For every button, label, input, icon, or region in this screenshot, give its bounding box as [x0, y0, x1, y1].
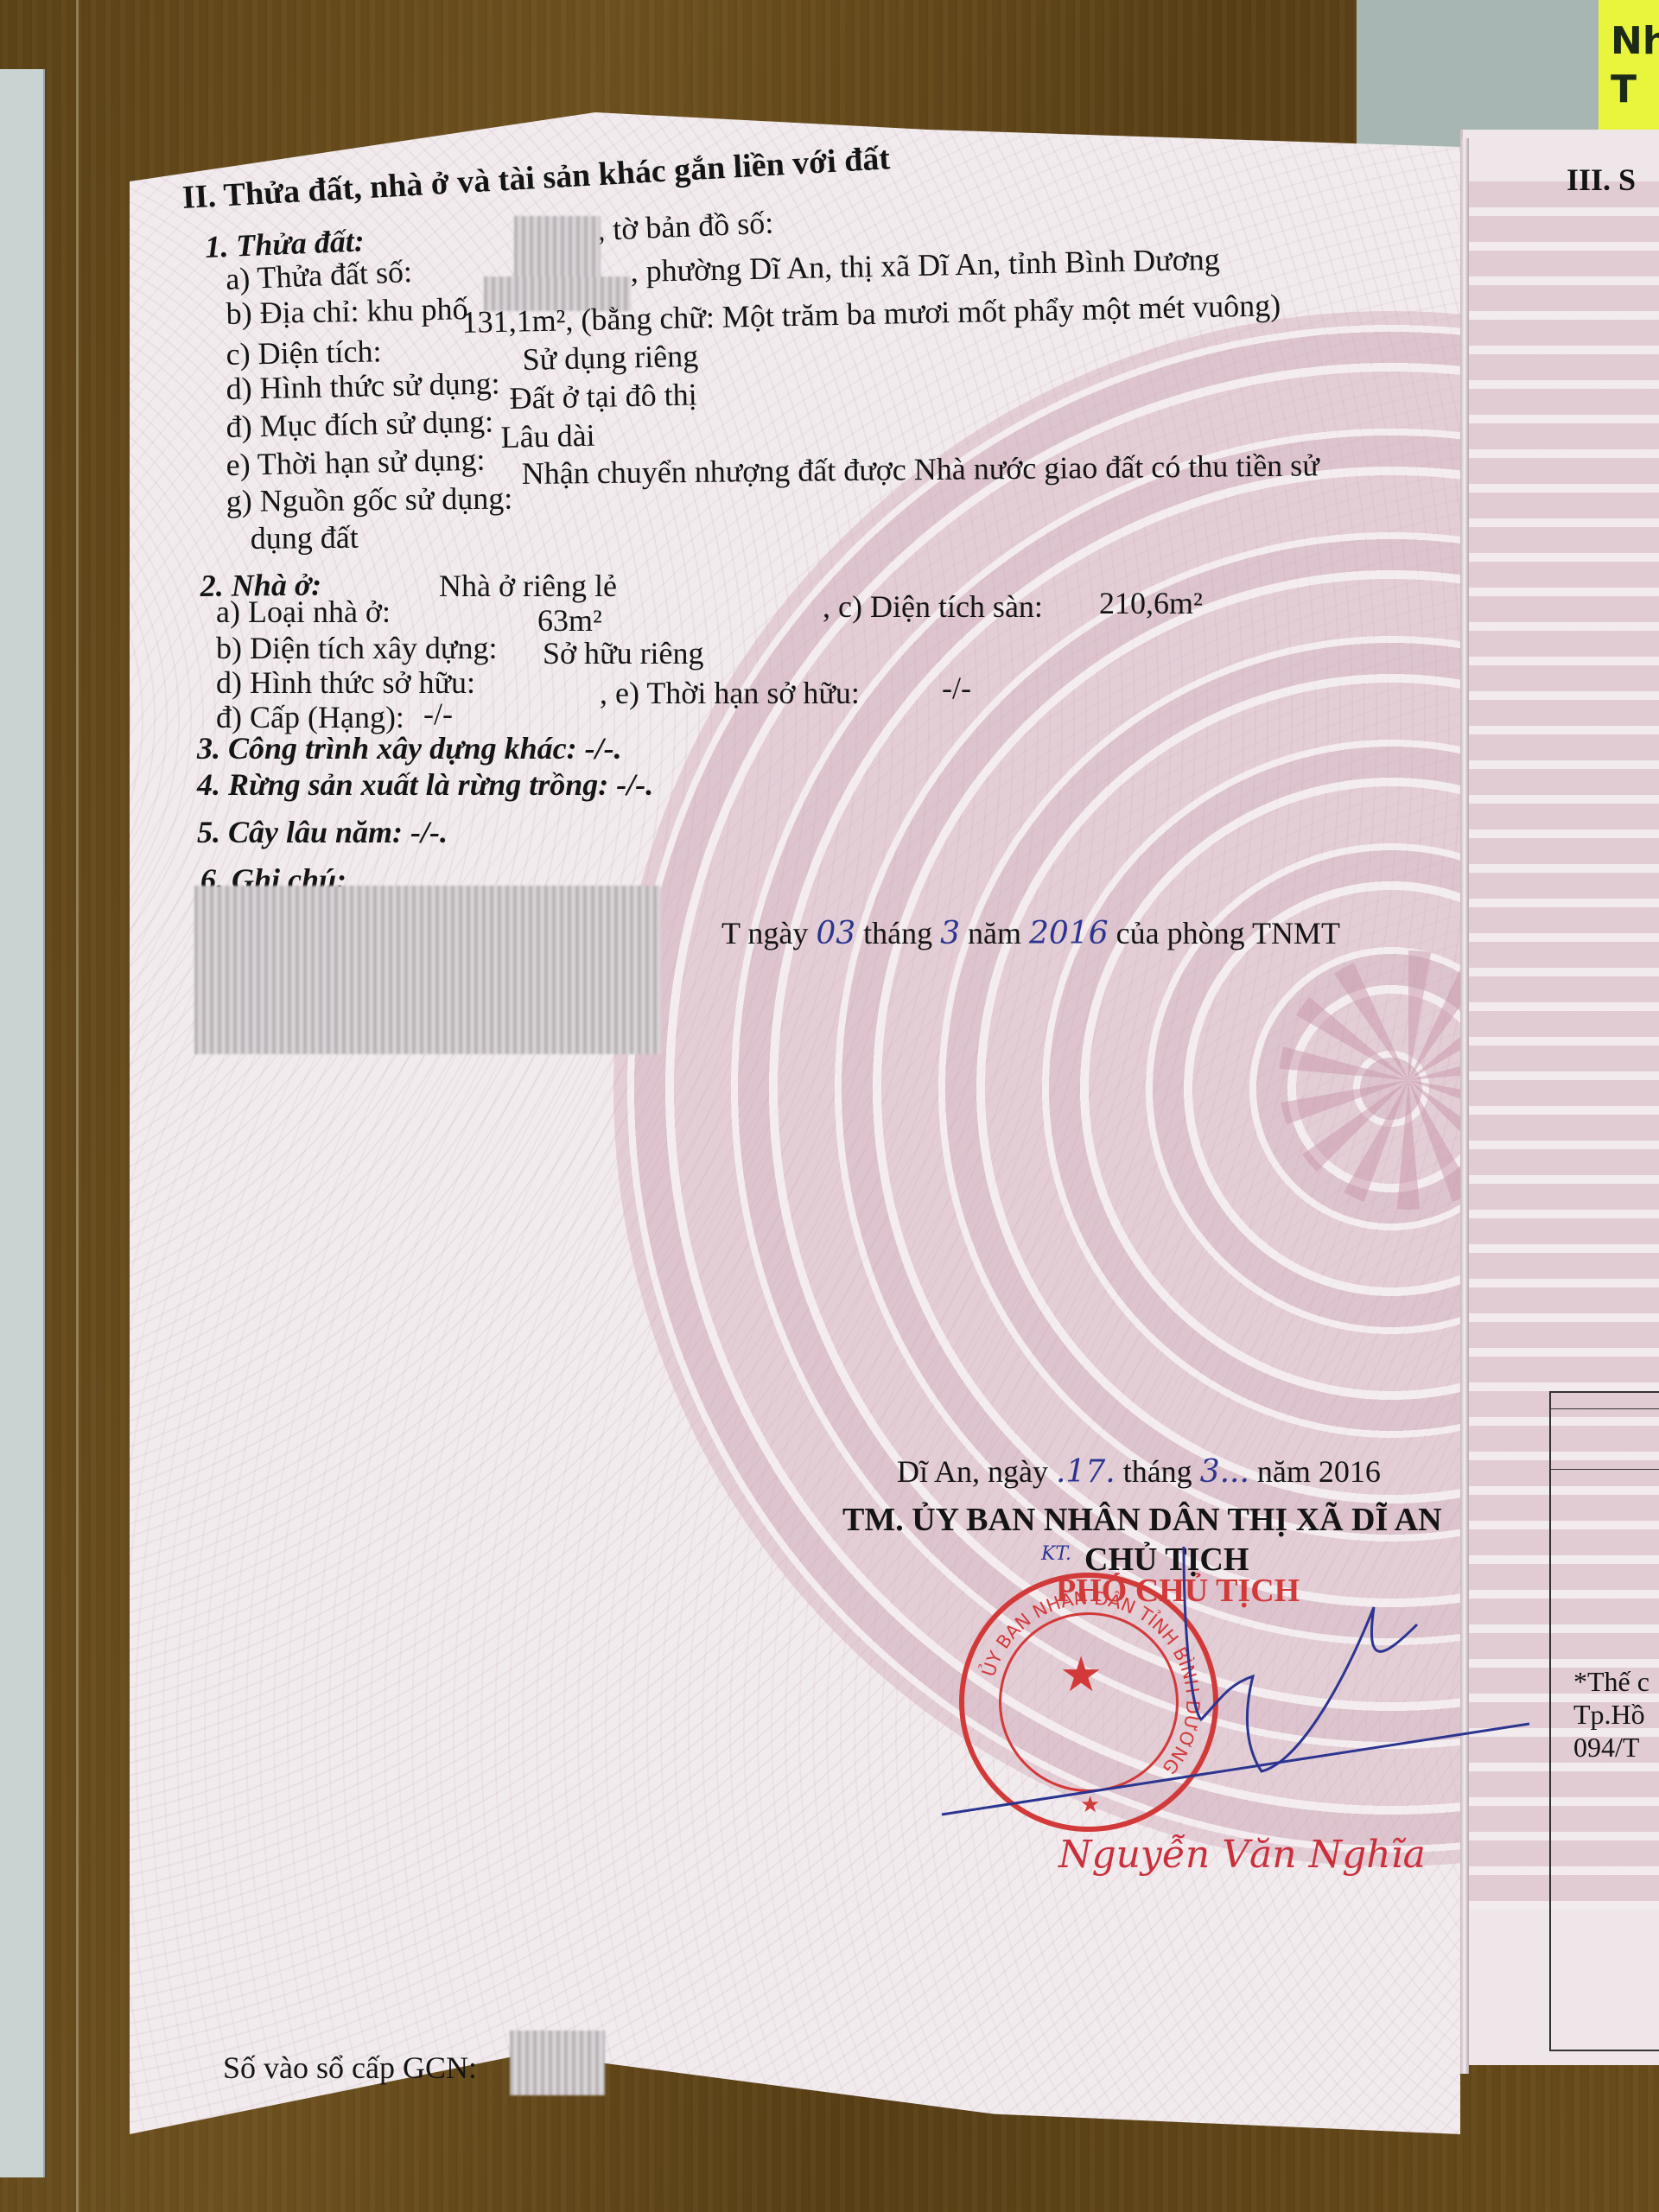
use-form-label: d) Hình thức sử dụng:: [226, 367, 500, 404]
signing-date: Dĩ An, ngày .17. tháng 3... năm 2016: [897, 1456, 1381, 1488]
forest: 4. Rừng sản xuất là rừng trồng: -/-.: [197, 769, 653, 800]
sticky-note-line: Nh: [1611, 17, 1659, 66]
signing-month-label: tháng: [1123, 1454, 1192, 1489]
parcel-label: a) Thửa đất số:: [225, 256, 412, 295]
origin-value-cont: dụng đất: [251, 522, 359, 554]
handwritten-day: 03: [816, 916, 855, 951]
signing-day: .17.: [1056, 1454, 1116, 1490]
grade-label: đ) Cấp (Hạng):: [216, 702, 404, 733]
grade-value: -/-: [423, 698, 453, 729]
address-label: b) Địa chỉ: khu phố: [226, 293, 468, 329]
origin-value: Nhận chuyển nhượng đất được Nhà nước gia…: [522, 449, 1319, 489]
area-label: c) Diện tích:: [226, 335, 382, 370]
term-label: e) Thời hạn sử dụng:: [226, 444, 486, 480]
registry-label: Số vào sổ cấp GCN:: [223, 2052, 477, 2083]
build-area-value: 63m²: [537, 605, 602, 636]
own-term-value: -/-: [942, 672, 971, 703]
notes-month-label: tháng: [863, 916, 932, 950]
authority-name: TM. ỦY BAN NHÂN DÂN THỊ XÃ DĨ AN: [842, 1503, 1442, 1536]
floor-area-value: 210,6m²: [1099, 588, 1203, 619]
sticky-note-line: T: [1611, 66, 1659, 114]
table-line: [1549, 1469, 1659, 1470]
right-section-title: III. S: [1567, 164, 1636, 195]
sticky-note: Nh T: [1599, 0, 1659, 130]
map-sheet-label: , tờ bản đồ số:: [596, 207, 773, 245]
redacted-notes: [194, 886, 661, 1054]
footnote-line: *Thế c: [1573, 1668, 1649, 1695]
notes-prefix: T ngày: [721, 916, 808, 950]
redacted-registry-number: [510, 2031, 605, 2095]
signing-place-prefix: Dĩ An, ngày: [897, 1454, 1048, 1489]
other-works: 3. Công trình xây dựng khác: -/-.: [197, 733, 622, 764]
handwritten-signature: [933, 1538, 1538, 1832]
term-value: Lâu dài: [500, 420, 595, 453]
build-area-label: b) Diện tích xây dựng:: [216, 632, 497, 664]
floor-area-label: , c) Diện tích sàn:: [823, 591, 1043, 622]
notes-year-label: năm: [968, 916, 1021, 950]
house-type-value: Nhà ở riêng lẻ: [439, 570, 617, 601]
notes-suffix: của phòng TNMT: [1116, 916, 1340, 950]
handwritten-year: 2016: [1029, 916, 1109, 951]
plastic-sleeve-edge: [76, 0, 79, 2212]
perennial: 5. Cây lâu năm: -/-.: [197, 817, 448, 848]
purpose-value: Đất ở tại đô thị: [509, 378, 697, 414]
footnote-line: 094/T: [1573, 1733, 1639, 1761]
handwritten-month: 3: [940, 916, 960, 951]
footnote-line: Tp.Hồ: [1573, 1700, 1645, 1728]
ownership-value: Sở hữu riêng: [543, 638, 704, 669]
ownership-label: d) Hình thức sở hữu:: [216, 667, 475, 698]
purpose-label: đ) Mục đích sử dụng:: [226, 406, 493, 442]
signing-year: năm 2016: [1257, 1454, 1381, 1489]
own-term-label: , e) Thời hạn sở hữu:: [600, 677, 860, 709]
left-card: [0, 69, 45, 2177]
table-line: [1549, 1408, 1659, 1409]
signing-month: 3...: [1200, 1454, 1249, 1490]
use-form-value: Sử dụng riêng: [522, 340, 698, 375]
signer-name: Nguyễn Văn Nghĩa: [1058, 1836, 1426, 1874]
house-type-label: a) Loại nhà ở:: [216, 596, 391, 627]
notes-line: T ngày 03 tháng 3 năm 2016 của phòng TNM…: [721, 918, 1340, 950]
origin-label: g) Nguồn gốc sử dụng:: [226, 483, 513, 517]
